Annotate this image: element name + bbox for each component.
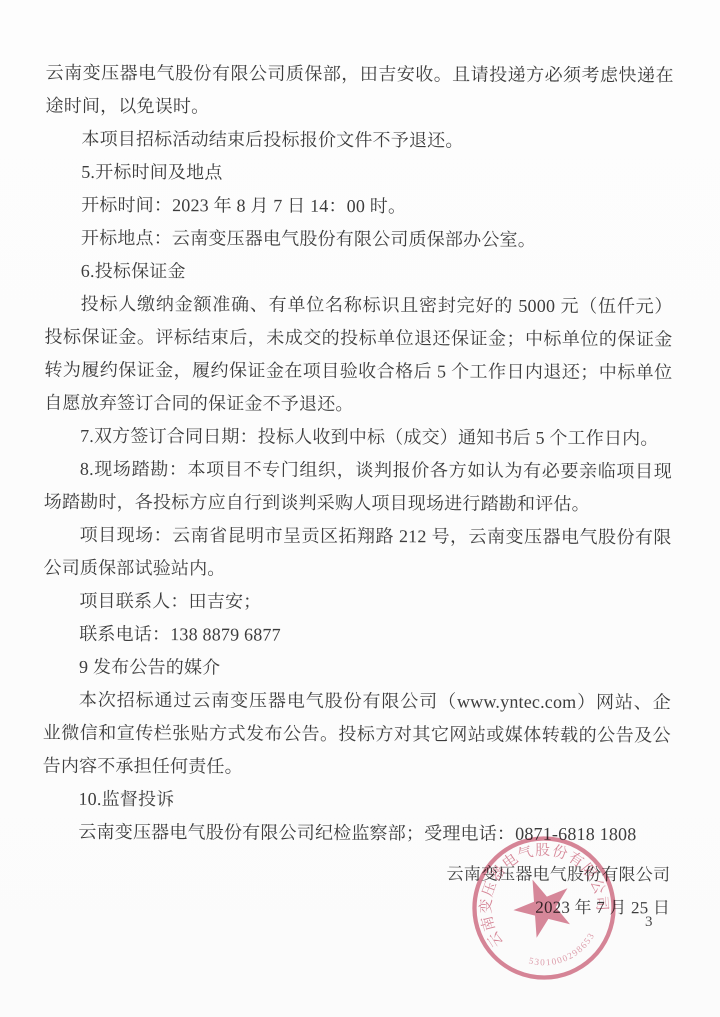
section-9-heading-announcement-media: 9 发布公告的媒介 (43, 651, 671, 687)
signature-block: 云南变压器电气股份有限公司 2023 年 7 月 25 日 (42, 856, 670, 925)
para-bid-opening-place: 开标地点：云南变压器电气股份有限公司质保部办公室。 (45, 222, 673, 258)
section-8-site-survey: 8.现场踏勘：本项目不专门组织，谈判报价各方如认为有必要亲临项目现场踏勘时，各投… (44, 453, 672, 522)
document-body: 云南变压器电气股份有限公司质保部，田吉安收。且请投递方必须考虑快递在途时间，以免… (0, 0, 720, 925)
para-project-site: 项目现场：云南省昆明市呈贡区拓翔路 212 号，云南变压器电气股份有限公司质保部… (43, 519, 671, 588)
section-7-contract-signing-date: 7.双方签订合同日期：投标人收到中标（成交）通知书后 5 个工作日内。 (44, 420, 672, 456)
para-announcement-media-details: 本次招标通过云南变压器电气股份有限公司（www.yntec.com）网站、企业微… (43, 684, 671, 786)
signature-company-name: 云南变压器电气股份有限公司 (42, 856, 670, 892)
para-contact-phone: 联系电话：138 8879 6877 (43, 618, 671, 654)
para-bid-bond-details: 投标人缴纳金额准确、有单位名称标识且密封完好的 5000 元（伍仟元）投标保证金… (44, 288, 673, 423)
section-5-heading-bid-opening: 5.开标时间及地点 (45, 156, 673, 192)
para-no-return-of-bids: 本项目招标活动结束后投标报价文件不予退还。 (45, 123, 673, 159)
section-10-heading-supervision: 10.监督投诉 (42, 783, 670, 819)
para-project-contact: 项目联系人：田吉安； (43, 585, 671, 621)
para-bid-opening-time: 开标时间：2023 年 8 月 7 日 14：00 时。 (45, 189, 673, 225)
signature-date: 2023 年 7 月 25 日 (42, 889, 670, 925)
scanned-document-page: 云南变压器电气股份有限公司质保部，田吉安收。且请投递方必须考虑快递在途时间，以免… (0, 0, 720, 1017)
para-supervision-phone: 云南变压器电气股份有限公司纪检监察部；受理电话：0871-6818 1808 (42, 816, 670, 852)
svg-text:5301000298653: 5301000298653 (524, 928, 602, 977)
page-number: 3 (645, 914, 653, 931)
para-delivery-address-continued: 云南变压器电气股份有限公司质保部，田吉安收。且请投递方必须考虑快递在途时间，以免… (45, 57, 673, 126)
section-6-heading-bid-bond: 6.投标保证金 (45, 255, 673, 291)
seal-serial-number: 5301000298653 (524, 928, 602, 977)
